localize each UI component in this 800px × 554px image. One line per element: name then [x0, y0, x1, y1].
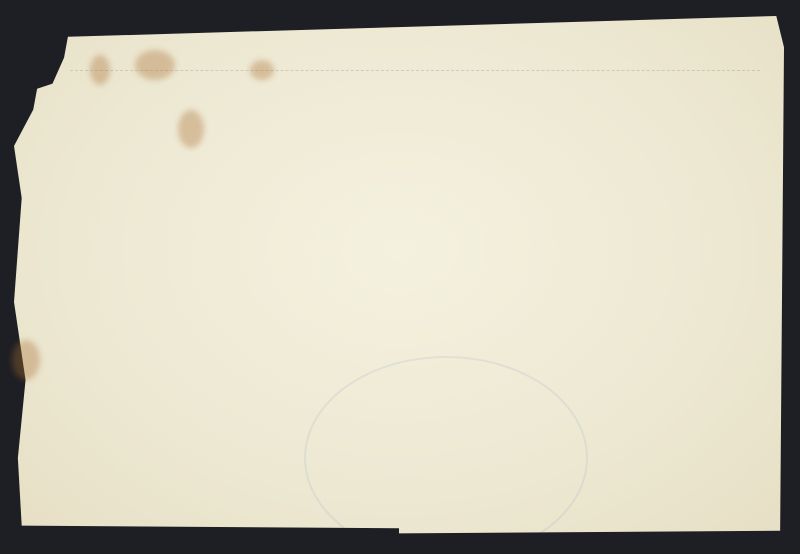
stain	[12, 340, 40, 380]
stain	[250, 60, 274, 80]
stamp-seal	[304, 356, 588, 554]
stain	[135, 50, 175, 80]
stain	[178, 110, 204, 148]
paper-sheet: ​	[14, 16, 784, 536]
stain	[90, 55, 110, 85]
